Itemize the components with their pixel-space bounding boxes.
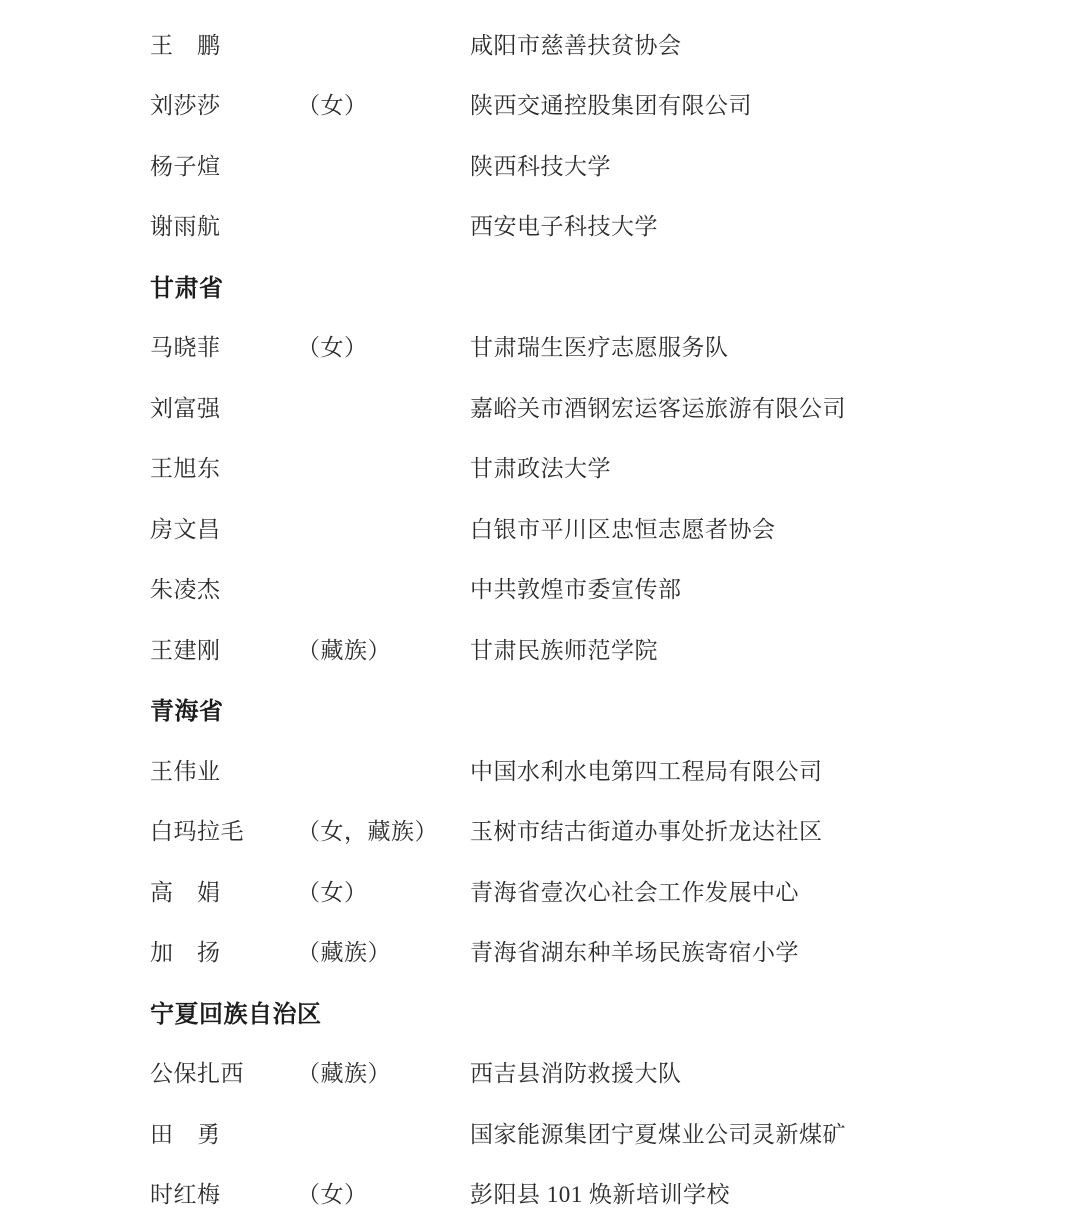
roster-row: 杨子煊陕西科技大学	[150, 134, 1040, 195]
person-name: 田 勇	[150, 1116, 297, 1149]
person-annotation: （藏族）	[297, 1055, 470, 1088]
roster-document-page: 王 鹏咸阳市慈善扶贫协会刘莎莎（女）陕西交通控股集团有限公司杨子煊陕西科技大学谢…	[0, 0, 1080, 1226]
person-organization: 国家能源集团宁夏煤业公司灵新煤矿	[470, 1116, 1040, 1149]
section-header-label: 青海省	[150, 691, 224, 726]
person-name: 时红梅	[150, 1176, 297, 1209]
person-organization: 青海省湖东种羊场民族寄宿小学	[470, 934, 1040, 967]
person-name: 王建刚	[150, 632, 297, 665]
section-header-label: 甘肃省	[150, 268, 224, 303]
person-organization: 甘肃民族师范学院	[470, 632, 1040, 665]
section-header: 青海省	[150, 679, 1040, 740]
person-annotation: （女）	[297, 329, 470, 362]
person-organization: 白银市平川区忠恒志愿者协会	[470, 511, 1040, 544]
roster-list: 王 鹏咸阳市慈善扶贫协会刘莎莎（女）陕西交通控股集团有限公司杨子煊陕西科技大学谢…	[0, 0, 1080, 1223]
person-organization: 咸阳市慈善扶贫协会	[470, 27, 1040, 60]
roster-row: 王建刚（藏族）甘肃民族师范学院	[150, 618, 1040, 679]
person-annotation: （女）	[297, 874, 470, 907]
person-name: 王旭东	[150, 450, 297, 483]
person-organization: 玉树市结古街道办事处折龙达社区	[470, 813, 1040, 846]
person-annotation: （女，藏族）	[297, 813, 470, 846]
roster-row: 刘富强嘉峪关市酒钢宏运客运旅游有限公司	[150, 376, 1040, 437]
person-organization: 甘肃政法大学	[470, 450, 1040, 483]
person-name: 白玛拉毛	[150, 813, 297, 846]
person-organization: 甘肃瑞生医疗志愿服务队	[470, 329, 1040, 362]
roster-row: 刘莎莎（女）陕西交通控股集团有限公司	[150, 74, 1040, 135]
roster-row: 朱凌杰中共敦煌市委宣传部	[150, 558, 1040, 619]
person-name: 刘富强	[150, 390, 297, 423]
roster-row: 公保扎西（藏族）西吉县消防救援大队	[150, 1042, 1040, 1103]
roster-row: 王伟业中国水利水电第四工程局有限公司	[150, 739, 1040, 800]
section-header: 甘肃省	[150, 255, 1040, 316]
person-organization: 青海省壹次心社会工作发展中心	[470, 874, 1040, 907]
roster-row: 高 娟（女）青海省壹次心社会工作发展中心	[150, 860, 1040, 921]
person-annotation: （藏族）	[297, 934, 470, 967]
roster-row: 田 勇国家能源集团宁夏煤业公司灵新煤矿	[150, 1102, 1040, 1163]
person-name: 杨子煊	[150, 148, 297, 181]
person-name: 公保扎西	[150, 1055, 297, 1088]
person-organization: 西安电子科技大学	[470, 208, 1040, 241]
person-organization: 彭阳县 101 焕新培训学校	[470, 1176, 1040, 1209]
roster-row: 谢雨航西安电子科技大学	[150, 195, 1040, 256]
person-name: 谢雨航	[150, 208, 297, 241]
person-name: 房文昌	[150, 511, 297, 544]
person-organization: 中共敦煌市委宣传部	[470, 571, 1040, 604]
person-organization: 中国水利水电第四工程局有限公司	[470, 753, 1040, 786]
person-organization: 西吉县消防救援大队	[470, 1055, 1040, 1088]
section-header-label: 宁夏回族自治区	[150, 994, 322, 1029]
roster-row: 白玛拉毛（女，藏族）玉树市结古街道办事处折龙达社区	[150, 800, 1040, 861]
section-header: 宁夏回族自治区	[150, 981, 1040, 1042]
person-annotation: （女）	[297, 1176, 470, 1209]
person-annotation: （藏族）	[297, 632, 470, 665]
person-name: 王 鹏	[150, 27, 297, 60]
roster-row: 王 鹏咸阳市慈善扶贫协会	[150, 13, 1040, 74]
person-organization: 陕西科技大学	[470, 148, 1040, 181]
person-organization: 陕西交通控股集团有限公司	[470, 87, 1040, 120]
person-name: 加 扬	[150, 934, 297, 967]
roster-row: 房文昌白银市平川区忠恒志愿者协会	[150, 497, 1040, 558]
roster-row: 马晓菲（女）甘肃瑞生医疗志愿服务队	[150, 316, 1040, 377]
roster-row: 加 扬（藏族）青海省湖东种羊场民族寄宿小学	[150, 921, 1040, 982]
roster-row: 王旭东甘肃政法大学	[150, 437, 1040, 498]
person-name: 马晓菲	[150, 329, 297, 362]
person-name: 王伟业	[150, 753, 297, 786]
person-organization: 嘉峪关市酒钢宏运客运旅游有限公司	[470, 390, 1040, 423]
person-name: 刘莎莎	[150, 87, 297, 120]
roster-row: 时红梅（女）彭阳县 101 焕新培训学校	[150, 1163, 1040, 1224]
person-annotation: （女）	[297, 87, 470, 120]
person-name: 朱凌杰	[150, 571, 297, 604]
person-name: 高 娟	[150, 874, 297, 907]
